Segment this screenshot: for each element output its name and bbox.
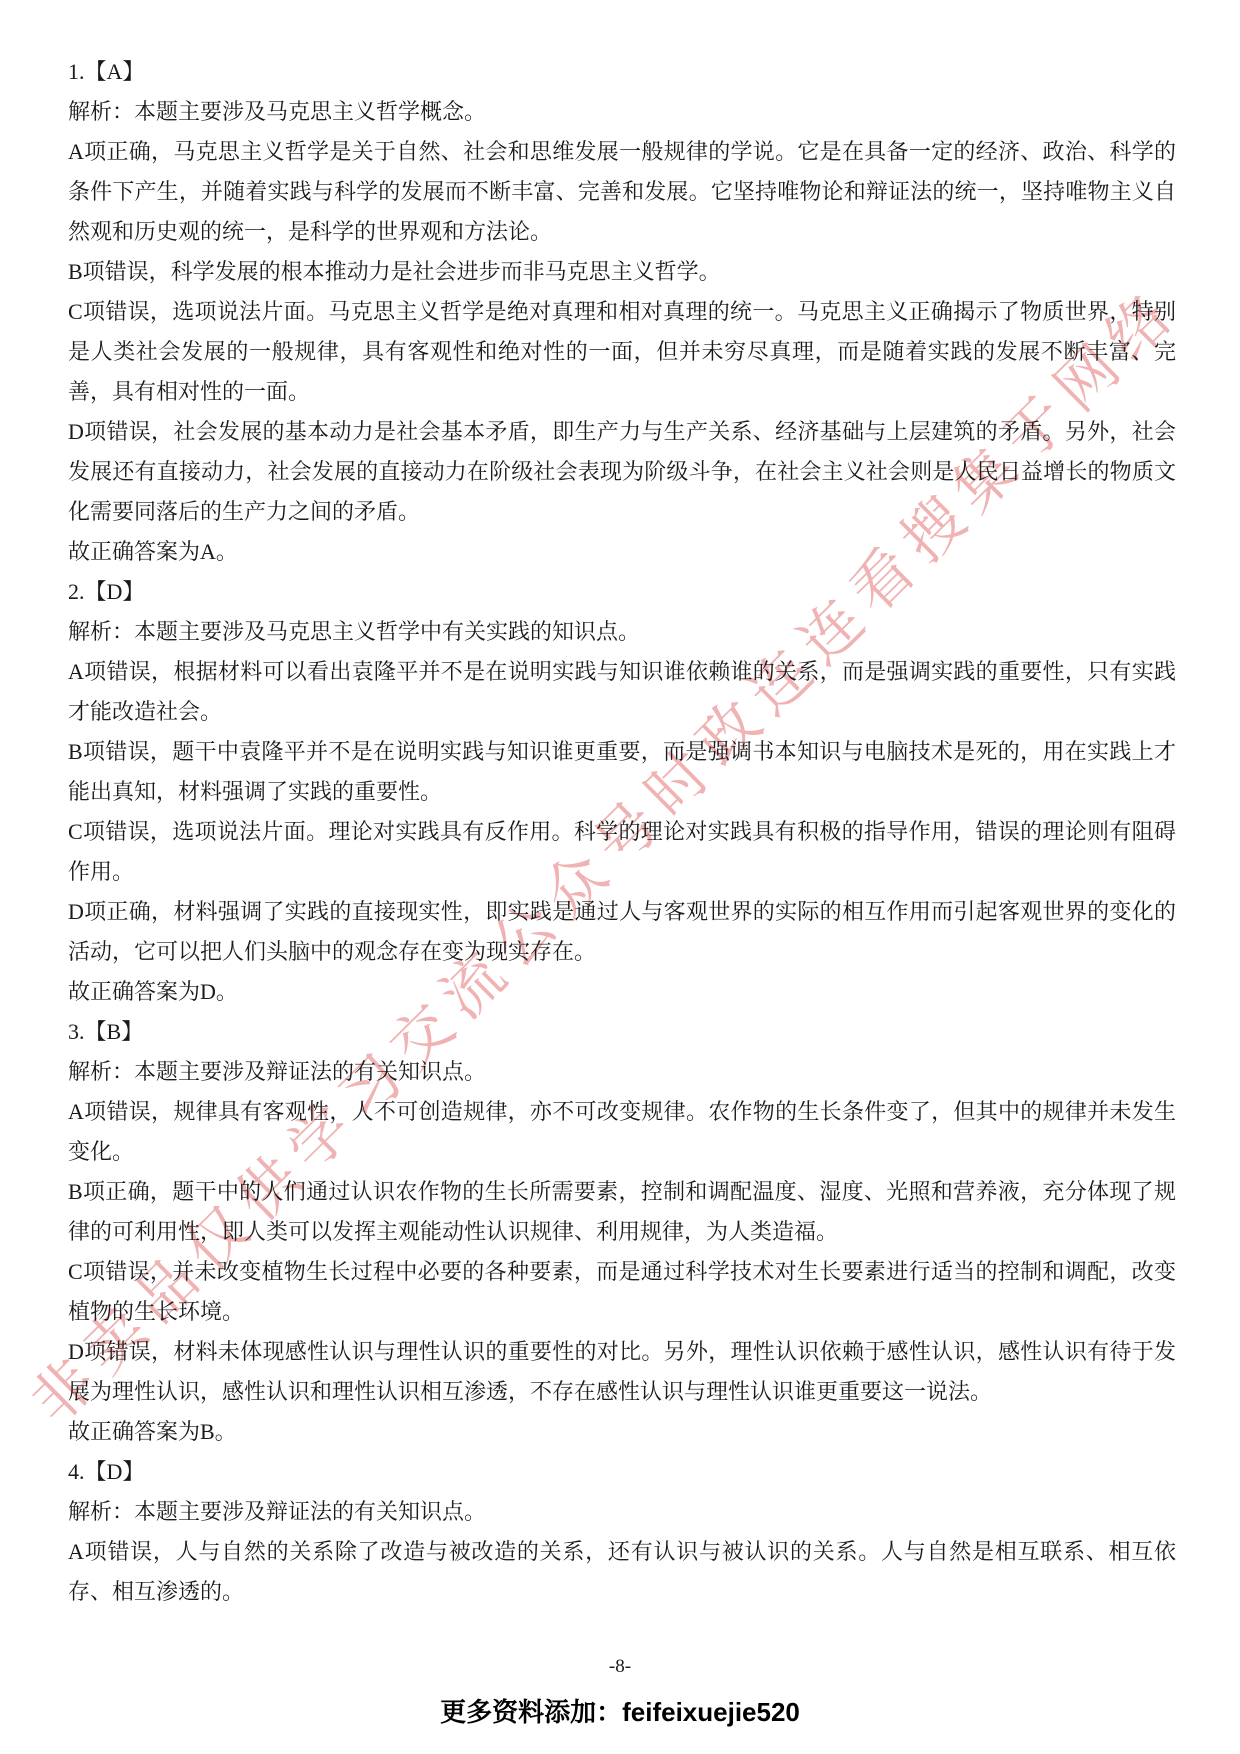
paragraph: A项错误，根据材料可以看出袁隆平并不是在说明实践与知识谁依赖谁的关系，而是强调实… bbox=[68, 652, 1176, 732]
paragraph: 解析：本题主要涉及辩证法的有关知识点。 bbox=[68, 1492, 1176, 1532]
question-answer-heading: 4.【D】 bbox=[68, 1452, 1176, 1492]
paragraph: A项错误，人与自然的关系除了改造与被改造的关系，还有认识与被认识的关系。人与自然… bbox=[68, 1532, 1176, 1612]
paragraph: D项错误，材料未体现感性认识与理性认识的重要性的对比。另外，理性认识依赖于感性认… bbox=[68, 1332, 1176, 1412]
paragraph: 解析：本题主要涉及辩证法的有关知识点。 bbox=[68, 1052, 1176, 1092]
paragraph: C项错误，选项说法片面。理论对实践具有反作用。科学的理论对实践具有积极的指导作用… bbox=[68, 812, 1176, 892]
question-answer-heading: 2.【D】 bbox=[68, 572, 1176, 612]
question-section: 2.【D】 解析：本题主要涉及马克思主义哲学中有关实践的知识点。A项错误，根据材… bbox=[68, 572, 1176, 1012]
paragraph: B项正确，题干中的人们通过认识农作物的生长所需要素，控制和调配温度、湿度、光照和… bbox=[68, 1172, 1176, 1252]
paragraph: D项错误，社会发展的基本动力是社会基本矛盾，即生产力与生产关系、经济基础与上层建… bbox=[68, 412, 1176, 532]
answer-explanations: 1.【A】 解析：本题主要涉及马克思主义哲学概念。A项正确，马克思主义哲学是关于… bbox=[68, 52, 1176, 1612]
question-answer-heading: 1.【A】 bbox=[68, 52, 1176, 92]
paragraph: B项错误，题干中袁隆平并不是在说明实践与知识谁更重要，而是强调书本知识与电脑技术… bbox=[68, 732, 1176, 812]
paragraph: 故正确答案为A。 bbox=[68, 532, 1176, 572]
paragraph: 故正确答案为D。 bbox=[68, 972, 1176, 1012]
paragraph: D项正确，材料强调了实践的直接现实性，即实践是通过人与客观世界的实际的相互作用而… bbox=[68, 892, 1176, 972]
paragraph: C项错误，并未改变植物生长过程中必要的各种要素，而是通过科学技术对生长要素进行适… bbox=[68, 1252, 1176, 1332]
page-number: -8- bbox=[0, 1656, 1240, 1678]
question-section: 1.【A】 解析：本题主要涉及马克思主义哲学概念。A项正确，马克思主义哲学是关于… bbox=[68, 52, 1176, 572]
paragraph: A项错误，规律具有客观性，人不可创造规律，亦不可改变规律。农作物的生长条件变了，… bbox=[68, 1092, 1176, 1172]
paragraph: A项正确，马克思主义哲学是关于自然、社会和思维发展一般规律的学说。它是在具备一定… bbox=[68, 132, 1176, 252]
paragraph: 故正确答案为B。 bbox=[68, 1412, 1176, 1452]
paragraph: 解析：本题主要涉及马克思主义哲学中有关实践的知识点。 bbox=[68, 612, 1176, 652]
document-page: 非卖品仅供学习交流公众号时政连连看搜集于网络 1.【A】 解析：本题主要涉及马克… bbox=[0, 0, 1240, 1754]
footer-note: 更多资料添加：feifeixuejie520 bbox=[0, 1692, 1240, 1729]
question-section: 3.【B】 解析：本题主要涉及辩证法的有关知识点。A项错误，规律具有客观性，人不… bbox=[68, 1012, 1176, 1452]
question-answer-heading: 3.【B】 bbox=[68, 1012, 1176, 1052]
paragraph: C项错误，选项说法片面。马克思主义哲学是绝对真理和相对真理的统一。马克思主义正确… bbox=[68, 292, 1176, 412]
paragraph: 解析：本题主要涉及马克思主义哲学概念。 bbox=[68, 92, 1176, 132]
paragraph: B项错误，科学发展的根本推动力是社会进步而非马克思主义哲学。 bbox=[68, 252, 1176, 292]
question-section: 4.【D】 解析：本题主要涉及辩证法的有关知识点。A项错误，人与自然的关系除了改… bbox=[68, 1452, 1176, 1612]
